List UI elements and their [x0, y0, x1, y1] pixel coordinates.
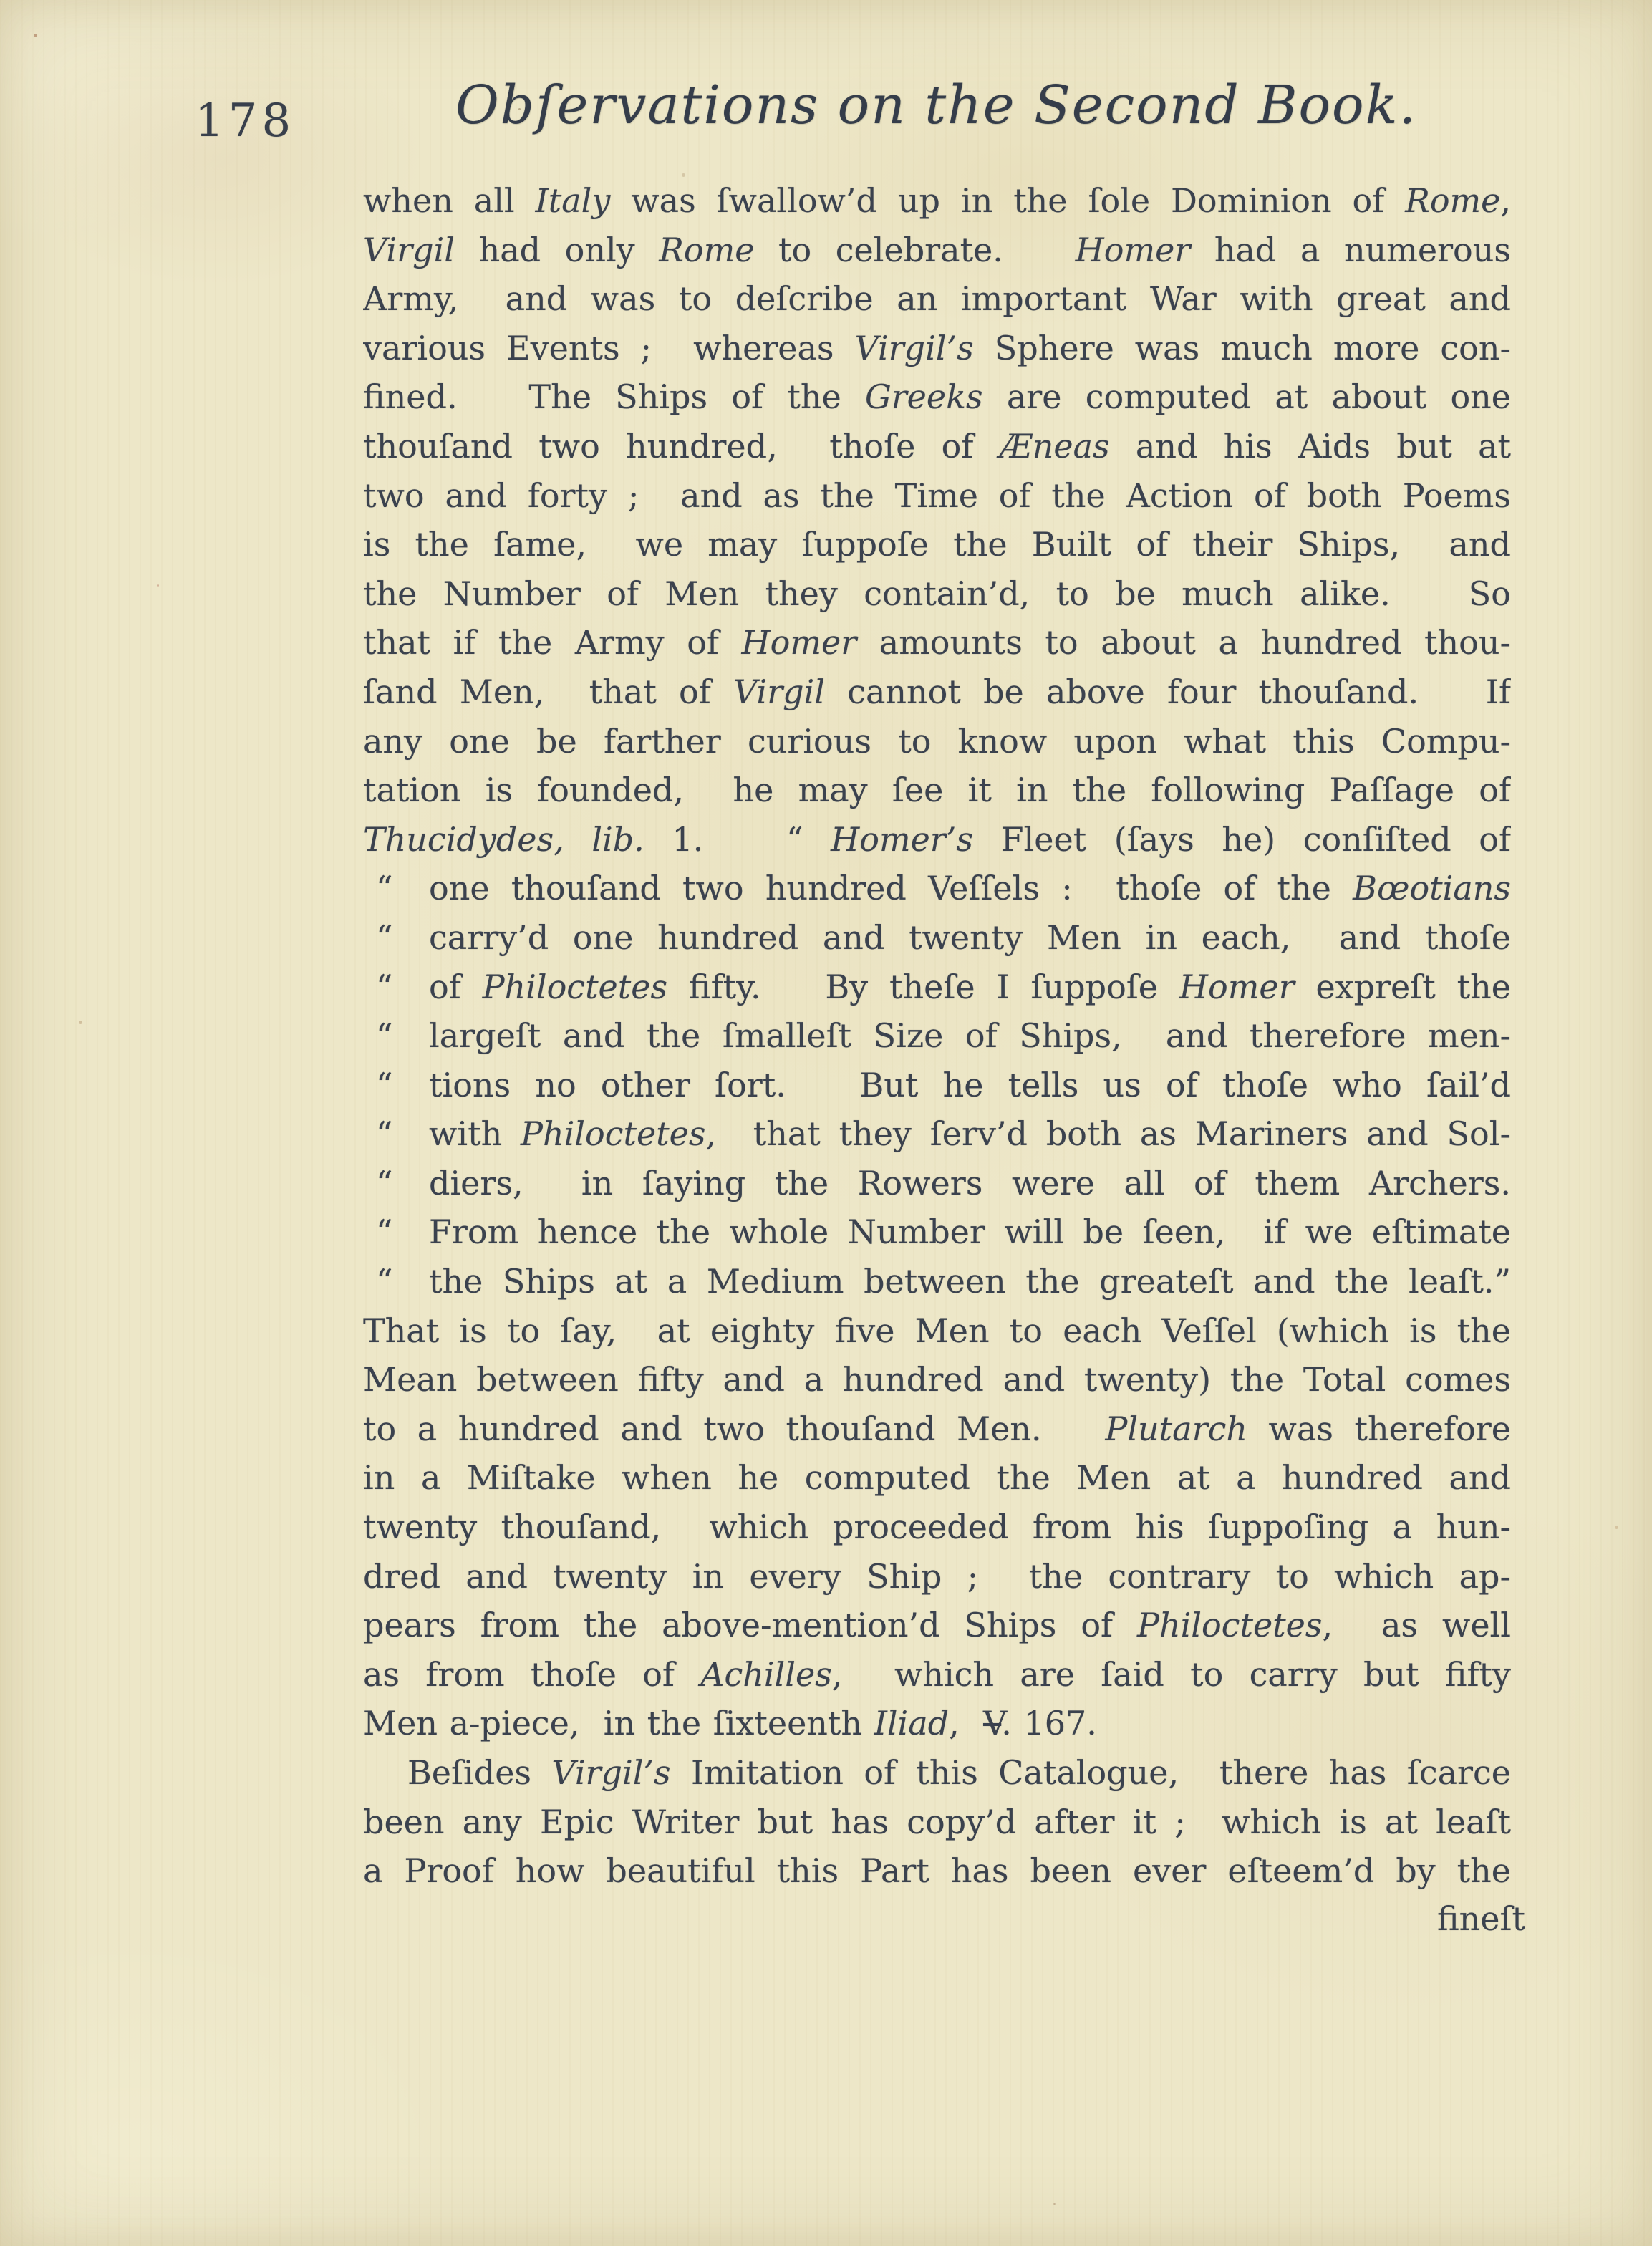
text-line: tation is founded, he may ſee it in the …: [363, 766, 1511, 815]
text-segment: Homer: [1179, 968, 1295, 1006]
text-segment: to celebrate.: [754, 231, 1075, 269]
text-line: ſand Men, that of Virgil cannot be above…: [363, 667, 1511, 717]
text-segment: Sphere was much more con-: [974, 329, 1511, 367]
text-segment: Army, and was to deſcribe an important W…: [363, 279, 1511, 318]
text-segment: tation is founded, he may ſee it in the …: [363, 771, 1511, 809]
text-segment: Rome: [1405, 181, 1500, 220]
book-page-scan: 178 Obſervations on the Second Book. whe…: [0, 0, 1652, 2246]
text-segment: Virgil: [733, 673, 825, 711]
text-line: is the ſame, we may ſuppoſe the Built of…: [363, 520, 1511, 569]
text-segment: Men a-piece, in the ſixteenth: [363, 1704, 874, 1743]
text-segment: had a numerous: [1190, 231, 1511, 269]
text-segment: and his Aids but at: [1110, 427, 1511, 466]
text-segment: , which are ſaid to carry but fifty: [832, 1655, 1511, 1694]
text-line: Thucidydes, lib. 1. “ Homer’s Fleet (ſay…: [363, 815, 1511, 864]
verse-mark: V: [983, 1704, 1001, 1743]
hanging-quote-mark: “: [363, 1208, 429, 1257]
hanging-quote-mark: “: [363, 1061, 429, 1110]
hanging-quote-mark: “: [363, 913, 429, 963]
text-segment: pears from the above-mention’d Ships of: [363, 1606, 1137, 1644]
hanging-quote-mark: “: [363, 1257, 429, 1306]
text-segment: Homer: [1076, 231, 1191, 269]
text-line: a Proof how beautiful this Part has been…: [363, 1846, 1511, 1896]
text-line: the Number of Men they contain’d, to be …: [363, 569, 1511, 619]
text-line: “tions no other ſort. But he tells us of…: [363, 1061, 1511, 1110]
text-segment: to a hundred and two thouſand Men.: [363, 1409, 1105, 1448]
text-segment: Iliad: [874, 1704, 949, 1743]
text-line: in a Miſtake when he computed the Men at…: [363, 1453, 1511, 1503]
text-segment: cannot be above four thouſand. If: [825, 673, 1511, 711]
text-segment: the Number of Men they contain’d, to be …: [363, 574, 1511, 613]
text-segment: thouſand two hundred, thoſe of: [363, 427, 1000, 466]
text-segment: Philoctetes: [483, 968, 667, 1006]
text-segment: Bœotians: [1353, 869, 1511, 907]
text-segment: ſand Men, that of: [363, 673, 733, 711]
text-segment: any one be farther curious to know upon …: [363, 722, 1511, 761]
text-line: “largeſt and the ſmalleſt Size of Ships,…: [363, 1011, 1511, 1061]
text-segment: Philoctetes: [1137, 1606, 1322, 1644]
text-line: pears from the above-mention’d Ships of …: [363, 1601, 1511, 1650]
hanging-quote-mark: “: [363, 963, 429, 1012]
text-segment: is the ſame, we may ſuppoſe the Built of…: [363, 525, 1511, 564]
text-segment: the Ships at a Medium between the greate…: [429, 1262, 1511, 1301]
text-line: Beſides Virgil’s Imitation of this Catal…: [363, 1748, 1511, 1798]
text-line: “carry’d one hundred and twenty Men in e…: [363, 913, 1511, 963]
text-line: two and forty ; and as the Time of the A…: [363, 471, 1511, 521]
text-segment: Italy: [536, 181, 611, 220]
text-line: Army, and was to deſcribe an important W…: [363, 274, 1511, 324]
text-line: “diers, in ſaying the Rowers were all of…: [363, 1159, 1511, 1208]
text-line: “of Philoctetes fifty. By theſe I ſuppoſ…: [363, 963, 1511, 1012]
text-segment: Rome: [659, 231, 754, 269]
text-line: “one thouſand two hundred Veſſels : thoſ…: [363, 864, 1511, 913]
text-segment: dred and twenty in every Ship ; the cont…: [363, 1557, 1511, 1596]
text-segment: That is to ſay, at eighty five Men to ea…: [363, 1311, 1511, 1350]
hanging-quote-mark: “: [363, 1109, 429, 1159]
text-segment: From hence the whole Number will be ſeen…: [429, 1213, 1511, 1251]
text-segment: two and forty ; and as the Time of the A…: [363, 476, 1511, 515]
text-segment: diers, in ſaying the Rowers were all of …: [429, 1164, 1511, 1202]
hanging-quote-mark: “: [363, 1159, 429, 1208]
text-segment: Virgil: [363, 231, 455, 269]
page-number: 178: [195, 95, 295, 148]
text-segment: as from thoſe of: [363, 1655, 700, 1694]
text-line: “From hence the whole Number will be ſee…: [363, 1208, 1511, 1257]
text-segment: Beſides: [407, 1753, 551, 1792]
text-segment: Philoctetes: [521, 1114, 705, 1153]
text-segment: . 167.: [1001, 1704, 1097, 1743]
text-segment: expreſt the: [1295, 968, 1511, 1006]
text-segment: Imitation of this Catalogue, there has ſ…: [671, 1753, 1511, 1792]
text-line: various Events ; whereas Virgil’s Sphere…: [363, 324, 1511, 373]
catchword: fineſt: [362, 1894, 1525, 1944]
text-segment: with: [429, 1114, 521, 1153]
text-segment: was therefore: [1247, 1409, 1511, 1448]
hanging-quote-mark: “: [363, 1011, 429, 1061]
text-line: any one be farther curious to know upon …: [363, 717, 1511, 766]
text-segment: that if the Army of: [363, 623, 742, 662]
text-line: thouſand two hundred, thoſe of Æneas and…: [363, 422, 1511, 471]
text-segment: Mean between fifty and a hundred and twe…: [363, 1360, 1511, 1399]
text-line: that if the Army of Homer amounts to abo…: [363, 618, 1511, 667]
text-segment: Greeks: [865, 377, 983, 416]
text-segment: , that they ſerv’d both as Mariners and …: [706, 1114, 1512, 1153]
text-segment: of: [429, 968, 483, 1006]
text-line: dred and twenty in every Ship ; the cont…: [363, 1552, 1511, 1601]
text-segment: was ſwallow’d up in the ſole Dominion of: [610, 181, 1405, 220]
running-header: Obſervations on the Second Book.: [362, 74, 1511, 136]
text-segment: carry’d one hundred and twenty Men in ea…: [429, 918, 1511, 957]
text-segment: ,: [1500, 181, 1511, 220]
text-segment: one thouſand two hundred Veſſels : thoſe…: [429, 869, 1353, 907]
body-text: when all Italy was ſwallow’d up in the ſ…: [363, 176, 1511, 1896]
text-line: as from thoſe of Achilles, which are ſai…: [363, 1650, 1511, 1700]
text-segment: twenty thouſand, which proceeded from hi…: [363, 1508, 1511, 1546]
text-segment: fifty. By theſe I ſuppoſe: [667, 968, 1179, 1006]
text-segment: ,: [949, 1704, 983, 1743]
text-line: That is to ſay, at eighty five Men to ea…: [363, 1306, 1511, 1356]
text-segment: Plutarch: [1105, 1409, 1247, 1448]
text-segment: amounts to about a hundred thou-: [856, 623, 1511, 662]
text-line: “the Ships at a Medium between the great…: [363, 1257, 1511, 1306]
text-line: Mean between fifty and a hundred and twe…: [363, 1355, 1511, 1404]
text-line: fined. The Ships of the Greeks are compu…: [363, 372, 1511, 422]
text-segment: tions no other ſort. But he tells us of …: [429, 1066, 1511, 1104]
text-segment: , as well: [1322, 1606, 1511, 1644]
text-segment: Homer: [742, 623, 857, 662]
text-segment: Thucidydes, lib.: [363, 820, 644, 859]
text-segment: are computed at about one: [983, 377, 1511, 416]
text-line: to a hundred and two thouſand Men. Pluta…: [363, 1404, 1511, 1454]
text-line: “with Philoctetes, that they ſerv’d both…: [363, 1109, 1511, 1159]
text-line: Men a-piece, in the ſixteenth Iliad, V. …: [363, 1699, 1511, 1748]
hanging-quote-mark: “: [363, 864, 429, 913]
text-segment: a Proof how beautiful this Part has been…: [363, 1851, 1511, 1890]
text-line: when all Italy was ſwallow’d up in the ſ…: [363, 176, 1511, 226]
text-line: been any Epic Writer but has copy’d afte…: [363, 1798, 1511, 1847]
text-segment: Homer’s: [831, 820, 973, 859]
text-segment: fined. The Ships of the: [363, 377, 865, 416]
text-segment: Æneas: [1000, 427, 1110, 466]
text-segment: Virgil’s: [551, 1753, 670, 1792]
text-segment: been any Epic Writer but has copy’d afte…: [363, 1803, 1511, 1841]
text-segment: had only: [455, 231, 659, 269]
foxing-specks: [34, 34, 37, 37]
text-segment: various Events ; whereas: [363, 329, 855, 367]
text-segment: in a Miſtake when he computed the Men at…: [363, 1458, 1511, 1497]
text-line: Virgil had only Rome to celebrate. Homer…: [363, 226, 1511, 275]
text-segment: 1. “: [644, 820, 831, 859]
text-segment: largeſt and the ſmalleſt Size of Ships, …: [429, 1016, 1511, 1055]
text-line: twenty thouſand, which proceeded from hi…: [363, 1503, 1511, 1552]
text-segment: Achilles: [700, 1655, 832, 1694]
text-segment: when all: [363, 181, 536, 220]
text-segment: Fleet (ſays he) conſiſted of: [973, 820, 1511, 859]
text-segment: Virgil’s: [855, 329, 974, 367]
